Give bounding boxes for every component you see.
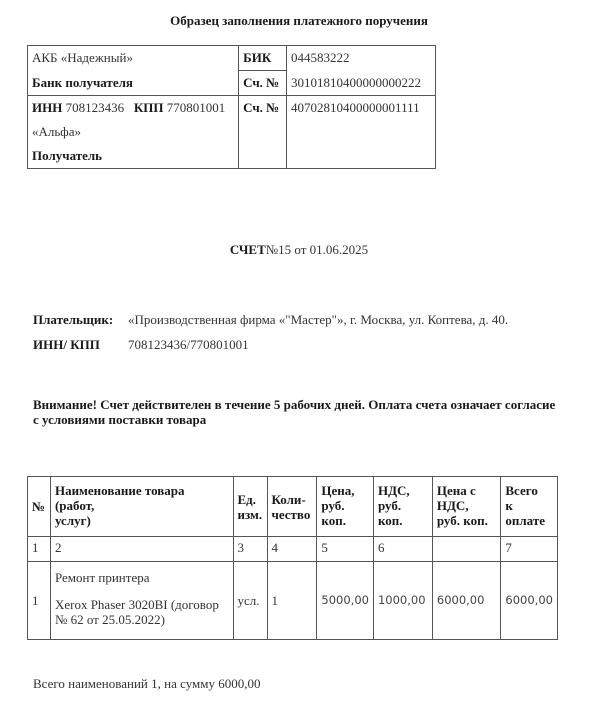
item-qty: 1 [267,562,317,640]
header-vat-line: НДС, [378,483,410,498]
header-unit: Ед. изм. [233,477,267,537]
corr-account-value: 30101810400000000222 [287,71,436,96]
column-number: 7 [501,537,558,562]
bik-label: БИК [239,46,287,71]
item-name-line1: Ремонт принтера [55,570,229,585]
header-price-vat-line: руб. коп. [437,513,488,528]
items-header-row: № Наименование товара (работ, услуг) Ед.… [28,477,558,537]
column-number: 2 [50,537,233,562]
header-no: № [28,477,51,537]
account-label: Сч. № [239,96,287,169]
item-total: 6000,00 [501,562,558,640]
inn-label: ИНН [32,100,62,115]
column-number: 1 [28,537,51,562]
invoice-title: СЧЕТ№15 от 01.06.2025 [0,242,598,258]
item-price-with-vat: 6000,00 [432,562,501,640]
account-value: 40702810400000001111 [287,96,436,169]
invoice-title-bold: СЧЕТ [230,242,266,257]
payer-label: Плательщик: [33,312,128,328]
column-numbers-row: 1 2 3 4 5 6 7 [28,537,558,562]
column-number: 5 [317,537,374,562]
recipient-name: «Альфа» [28,120,239,144]
bik-value: 044583222 [287,46,436,71]
document-title: Образец заполнения платежного поручения [0,13,598,29]
items-table: № Наименование товара (работ, услуг) Ед.… [27,476,558,640]
item-name-line2: Xerox Phaser 3020BI (договор № 62 от 25.… [55,597,229,627]
header-qty-line: Коли- [272,492,306,507]
header-price-line: Цена, [321,483,354,498]
inn-value: 708123436 [66,100,125,115]
header-total-line: оплате [505,513,545,528]
payer-row: Плательщик:«Производственная фирма «"Мас… [33,312,508,328]
invoice-title-number: №15 от 01.06.2025 [266,242,368,257]
header-vat-line: руб. [378,498,401,513]
item-vat: 1000,00 [373,562,432,640]
item-no: 1 [28,562,51,640]
header-name: Наименование товара (работ, услуг) [50,477,233,537]
bank-label: Банк получателя [28,71,239,96]
header-price-vat-line: Цена с [437,483,476,498]
inn-kpp-cell: ИНН 708123436 КПП 770801001 [28,96,239,121]
header-price: Цена, руб. коп. [317,477,374,537]
item-price: 5000,00 [317,562,374,640]
header-name-line: Наименование товара [55,483,185,498]
bank-name: АКБ «Надежный» [28,46,239,71]
header-unit-line: изм. [238,507,263,522]
header-price-vat-line: НДС, [437,498,469,513]
column-number: 4 [267,537,317,562]
column-number: 3 [233,537,267,562]
corr-account-label: Сч. № [239,71,287,96]
table-row: 1 Ремонт принтера Xerox Phaser 3020BI (д… [28,562,558,640]
header-unit-line: Ед. [238,492,257,507]
validity-notice: Внимание! Счет действителен в течение 5 … [33,397,563,427]
kpp-value: 770801001 [167,100,226,115]
header-total-line: Всего [505,483,537,498]
header-total: Всего к оплате [501,477,558,537]
header-qty: Коли- чество [267,477,317,537]
recipient-label: Получатель [28,144,239,169]
payer-value: «Производственная фирма «"Мастер"», г. М… [128,312,508,327]
column-number [432,537,501,562]
payer-inn-kpp-value: 708123436/770801001 [128,337,249,352]
column-number: 6 [373,537,432,562]
payer-inn-kpp-label: ИНН/ КПП [33,337,128,353]
header-total-line: к [505,498,513,513]
header-price-with-vat: Цена с НДС, руб. коп. [432,477,501,537]
item-name: Ремонт принтера Xerox Phaser 3020BI (дог… [50,562,233,640]
header-price-line: коп. [321,513,346,528]
header-vat: НДС, руб. коп. [373,477,432,537]
header-vat-line: коп. [378,513,403,528]
kpp-label: КПП [134,100,164,115]
header-name-line: (работ, [55,498,94,513]
header-qty-line: чество [272,507,311,522]
header-name-line: услуг) [55,513,91,528]
summary-total: Всего наименований 1, на сумму 6000,00 [33,676,260,692]
payer-inn-kpp-row: ИНН/ КПП708123436/770801001 [33,337,249,353]
header-price-line: руб. [321,498,344,513]
bank-details-table: АКБ «Надежный» БИК 044583222 Банк получа… [27,45,436,169]
item-unit: усл. [233,562,267,640]
